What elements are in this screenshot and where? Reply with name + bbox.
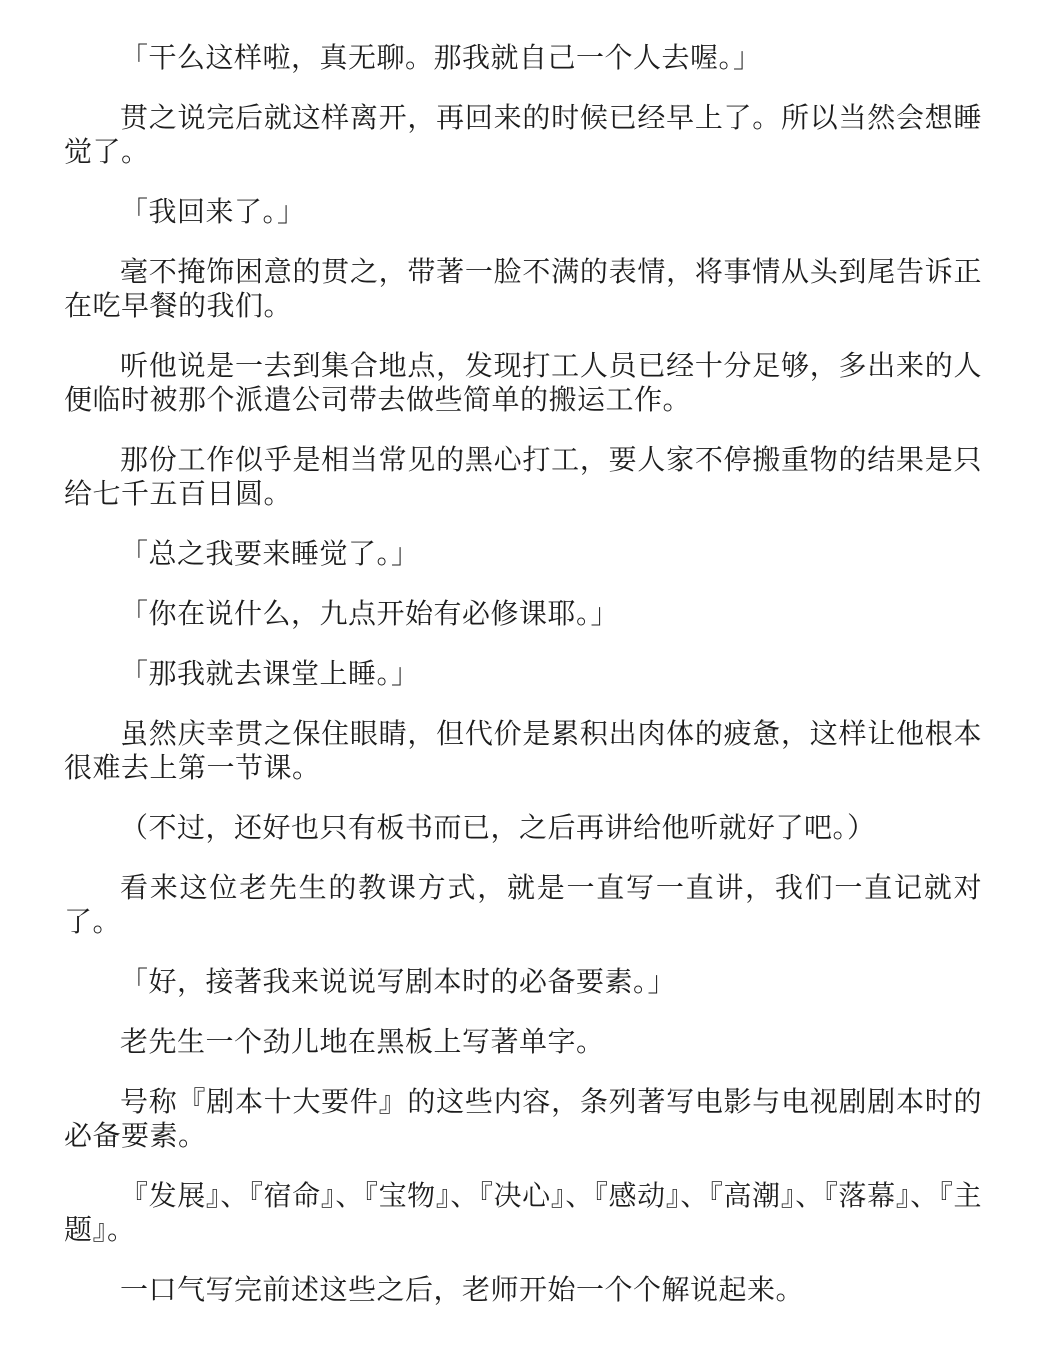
paragraph-thought: （不过，还好也只有板书而已，之后再讲给他听就好了吧。） xyxy=(64,812,982,846)
paragraph-dialogue: 「干么这样啦，真无聊。那我就自己一个人去喔。」 xyxy=(64,42,982,76)
paragraph-narration: 听他说是一去到集合地点，发现打工人员已经十分足够，多出来的人便临时被那个派遣公司… xyxy=(64,350,982,418)
paragraph-narration: 看来这位老先生的教课方式，就是一直写一直讲，我们一直记就对了。 xyxy=(64,872,982,940)
paragraph-narration: 贯之说完后就这样离开，再回来的时候已经早上了。所以当然会想睡觉了。 xyxy=(64,102,982,170)
paragraph-dialogue: 「那我就去课堂上睡。」 xyxy=(64,658,982,692)
paragraph-dialogue: 「好，接著我来说说写剧本时的必备要素。」 xyxy=(64,966,982,1000)
paragraph-dialogue: 「总之我要来睡觉了。」 xyxy=(64,538,982,572)
paragraph-narration: 老先生一个劲儿地在黑板上写著单字。 xyxy=(64,1026,982,1060)
paragraph-narration: 一口气写完前述这些之后，老师开始一个个解说起来。 xyxy=(64,1274,982,1308)
paragraph-narration: 那份工作似乎是相当常见的黑心打工，要人家不停搬重物的结果是只给七千五百日圆。 xyxy=(64,444,982,512)
document-page: 「干么这样啦，真无聊。那我就自己一个人去喔。」 贯之说完后就这样离开，再回来的时… xyxy=(0,0,1046,1354)
paragraph-narration: 号称『剧本十大要件』的这些内容，条列著写电影与电视剧剧本时的必备要素。 xyxy=(64,1086,982,1154)
paragraph-narration: 毫不掩饰困意的贯之，带著一脸不满的表情，将事情从头到尾告诉正在吃早餐的我们。 xyxy=(64,256,982,324)
paragraph-narration: 虽然庆幸贯之保住眼睛，但代价是累积出肉体的疲惫，这样让他根本很难去上第一节课。 xyxy=(64,718,982,786)
paragraph-dialogue: 「我回来了。」 xyxy=(64,196,982,230)
paragraph-dialogue: 「你在说什么，九点开始有必修课耶。」 xyxy=(64,598,982,632)
paragraph-list: 『发展』、『宿命』、『宝物』、『决心』、『感动』、『高潮』、『落幕』、『主题』。 xyxy=(64,1180,982,1248)
